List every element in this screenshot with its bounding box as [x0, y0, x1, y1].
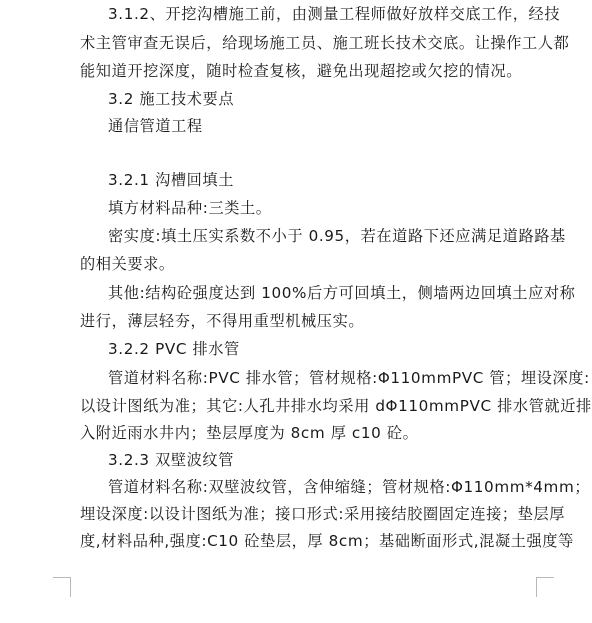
- text-line: 进行，薄层轻夯，不得用重型机械压实。: [80, 310, 537, 332]
- text-line: 其他:结构砼强度达到 100%后方可回填土，侧墙两边回填土应对称: [108, 282, 537, 304]
- text-line: 3.2.2 PVC 排水管: [108, 338, 537, 360]
- text-line: 3.1.2、开挖沟槽施工前，由测量工程师做好放样交底工作，经技: [108, 3, 537, 25]
- text-line: 通信管道工程: [108, 115, 537, 137]
- page-corner-mark-left: [53, 577, 71, 597]
- text-line: 3.2 施工技术要点: [108, 88, 537, 110]
- text-line: 术主管审查无误后，给现场施工员、施工班长技术交底。让操作工人都: [80, 32, 537, 54]
- text-line: 3.2.3 双壁波纹管: [108, 449, 537, 471]
- text-line: 管道材料名称:PVC 排水管；管材规格:Φ110mmPVC 管；埋设深度:: [108, 367, 537, 389]
- text-line: 度,材料品种,强度:C10 砼垫层，厚 8cm；基础断面形式,混凝土强度等: [80, 530, 537, 552]
- text-line: 3.2.1 沟槽回填土: [108, 169, 537, 191]
- text-line: 密实度:填土压实系数不小于 0.95，若在道路下还应满足道路路基: [108, 225, 537, 247]
- text-line: 管道材料名称:双壁波纹管，含伸缩缝；管材规格:Φ110mm*4mm；: [108, 476, 537, 498]
- text-line: 入附近雨水井内；垫层厚度为 8cm 厚 c10 砼。: [80, 422, 537, 444]
- text-line: 以设计图纸为准；其它:人孔井排水均采用 dΦ110mmPVC 排水管就近排: [80, 395, 537, 417]
- document-page: 3.1.2、开挖沟槽施工前，由测量工程师做好放样交底工作，经技术主管审查无误后，…: [0, 0, 592, 623]
- text-line: 埋设深度:以设计图纸为准；接口形式:采用接结胶圈固定连接；垫层厚: [80, 503, 537, 525]
- text-line: 能知道开挖深度，随时检查复核，避免出现超挖或欠挖的情况。: [80, 60, 537, 82]
- text-line: 的相关要求。: [80, 253, 537, 275]
- text-line: 填方材料品种:三类土。: [108, 197, 537, 219]
- page-corner-mark-right: [536, 577, 554, 597]
